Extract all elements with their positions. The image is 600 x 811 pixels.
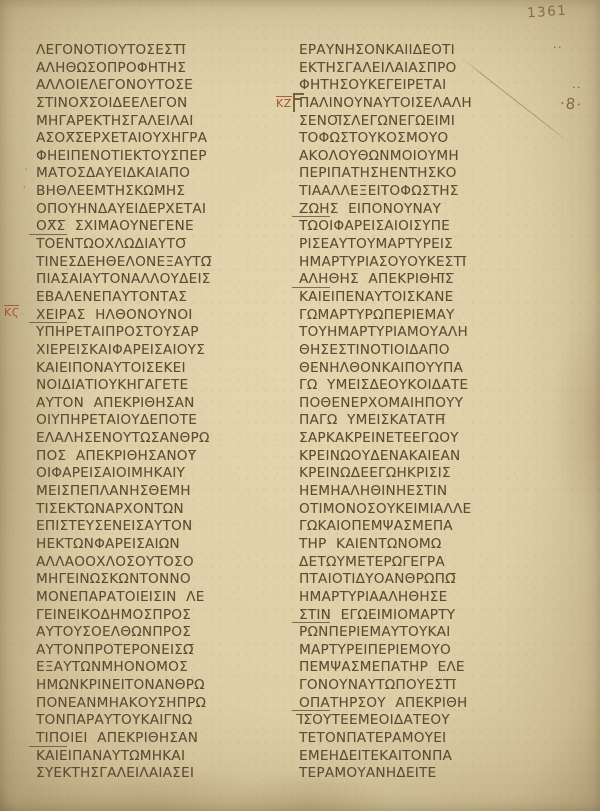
diple-icon: ᾽: [22, 188, 27, 197]
text-line: ΜΟΝΕΠΑΡΑΤΟΙΕΙΣΙΝ ΛΕ: [36, 589, 260, 607]
text-line: ΒΗΘΛΕΕΜΤΗΣΚΩΜΗΣ: [36, 183, 260, 201]
text-line: ΗΜΑΡΤΥΡΙΑΑΛΗΘΗΣΕ: [299, 589, 555, 607]
text-line: ΚΑΙΕΙΠΕΝΑΥΤΟΙΣΚΑΝΕ: [299, 289, 555, 307]
text-line: ΕΜΕΗΔΕΙΤΕΚΑΙΤΟΝΠΑ: [299, 748, 555, 766]
text-line: ΠΕΡΙΠΑΤΗΣΗΕΝΤΗΣΚΟ: [299, 165, 555, 183]
text-line: ΕΠΙΣΤΕΥΣΕΝΕΙΣΑΥΤΟΝ: [36, 518, 260, 536]
text-line: ΘΗΣΕΣΤΙΝΟΤΙΟΙΔΑΠΟ: [299, 342, 555, 360]
text-line: ΑΥΤΟΥΣΟΕΛΘΩΝΠΡΟΣ: [36, 624, 260, 642]
text-line: ΠΑΓΩ ΥΜΕΙΣΚΑΤΑΤΗ̅: [299, 412, 555, 430]
text-line: ΕΚΤΗΣΓΑΛΕΙΛΑΙΑΣΠΡΟ: [299, 60, 555, 78]
text-line: ΚΑΙΕΙΠΟΝΑΥΤΟΙΣΕΚΕΙ: [36, 360, 260, 378]
text-line: ΜΗΓΕΙΝΩΣΚΩΝΤΟΝΝΟ: [36, 571, 260, 589]
text-line: ΕΞΑΥΤΩΝΜΗΟΝΟΜΟΣ: [36, 659, 260, 677]
text-line: ΜΑΤΟΣΔΑΥΕΙΔΚΑΙΑΠΟ: [36, 165, 260, 183]
chapter-numeral-left: ΚϚ: [4, 305, 19, 318]
text-line: ΠΟΣ ΑΠΕΚΡΙΘΗΣΑΝΟΥ̅: [36, 448, 260, 466]
text-line: ΓΩ ΥΜΕΙΣΔΕΟΥΚΟΙΔΑΤΕ: [299, 377, 555, 395]
text-line: ΤΙΠΟΙΕΙ ΑΠΕΚΡΙΘΗΣΑΝ: [36, 730, 260, 748]
text-line: ΖΩΗΣ ΕΙΠΟΝΟΥΝΑΥ: [299, 201, 555, 219]
text-line: ΣΕΝΟΙ̅Σ̅ΛΕΓΩΝΕΓΩΕΙΜΙ: [299, 113, 555, 131]
text-line: ΣΤΙΝΟΧ̅Σ̅ΟΙΔΕΕΛΕΓΟΝ: [36, 95, 260, 113]
text-line: ΟΧ̅Σ̅ ΣΧΙΜΑΟΥΝΕΓΕΝΕ: [36, 218, 260, 236]
text-line: ΤΟΦΩΣΤΟΥΚΟΣΜΟΥΟ: [299, 130, 555, 148]
text-line: ΤΟΝΠΑΡΑΥΤΟΥΚΑΙΓΝΩ: [36, 712, 260, 730]
text-line: ΠΤΑΙΟΤΙΔΥΟΑΝΘΡΩΠΩ̅: [299, 571, 555, 589]
text-line: ΠΟΝΕΑΝΜΗΑΚΟΥΣΗΠΡΩ: [36, 695, 260, 713]
text-line: ΤΟΥΗΜΑΡΤΥΡΙΑΜΟΥΑΛΗ: [299, 324, 555, 342]
text-line: ΗΜΩΝΚΡΙΝΕΙΤΟΝΑΝΘΡΩ: [36, 677, 260, 695]
text-line: ΠΕΜΨΑΣΜΕΠΑΤΗΡ ΕΛΕ: [299, 659, 555, 677]
text-line: ΥΠΗΡΕΤΑΙΠΡΟΣΤΟΥΣΑΡ: [36, 324, 260, 342]
text-line: ΓΕΙΝΕΙΚΟΔΗΜΟΣΠΡΟΣ: [36, 607, 260, 625]
manuscript-page: 1361 ΛΕΓΟΝΟΤΙΟΥΤΟΣΕΣΤΙ̅ΑΛΗΘΩΣΟΠΡΟΦΗΤΗΣΑΛ…: [0, 0, 600, 811]
text-line: ΣΥΕΚΤΗΣΓΑΛΕΙΛΑΙΑΣΕΙ: [36, 765, 260, 783]
text-line: ΑΛΗΘΗΣ ΑΠΕΚΡΙΘΗΙ̅Σ̅: [299, 271, 555, 289]
text-line: ΑΥΤΟΝΠΡΟΤΕΡΟΝΕΙΣΩ̅: [36, 642, 260, 660]
text-line: ΜΗΓΑΡΕΚΤΗΣΓΑΛΕΙΛΑΙ: [36, 113, 260, 131]
right-text-column: ΕΡΑΥΝΗΣΟΝΚΑΙΙΔΕΟΤΙΕΚΤΗΣΓΑΛΕΙΛΑΙΑΣΠΡΟΦΗΤΗ…: [299, 42, 555, 783]
text-line: ΤΙΣΕΚΤΩΝΑΡΧΟΝΤΩΝ: [36, 501, 260, 519]
text-line: Ι̅Σ̅ΟΥΤΕΕΜΕΟΙΔΑΤΕΟΥ: [299, 712, 555, 730]
text-line: ΟΙΦΑΡΕΙΣΑΙΟΙΜΗΚΑΙΥ: [36, 465, 260, 483]
chapter-numeral-right: ΚΖ: [276, 96, 292, 109]
text-line: ΑΛΗΘΩΣΟΠΡΟΦΗΤΗΣ: [36, 60, 260, 78]
text-line: ΗΜΑΡΤΥΡΙΑΣΟΥΟΥΚΕΣΤΙ̅: [299, 254, 555, 272]
text-line: ΦΗΤΗΣΟΥΚΕΓΕΙΡΕΤΑΙ: [299, 77, 555, 95]
text-line: ΚΑΙΕΙΠΑΝΑΥΤΩΜΗΚΑΙ: [36, 748, 260, 766]
paragraph-bracket-icon: [293, 93, 304, 112]
text-line: ΡΙΣΕΑΥΤΟΥΜΑΡΤΥΡΕΙΣ: [299, 236, 555, 254]
text-line: ΑΛΛΑΟΟΧΛΟΣΟΥΤΟΣΟ: [36, 554, 260, 572]
left-text-column: ΛΕΓΟΝΟΤΙΟΥΤΟΣΕΣΤΙ̅ΑΛΗΘΩΣΟΠΡΟΦΗΤΗΣΑΛΛΟΙΕΛ…: [36, 42, 260, 783]
diple-icon: ᾽: [24, 170, 29, 179]
text-line: ΣΤΙΝ ΕΓΩΕΙΜΙΟΜΑΡΤΥ: [299, 607, 555, 625]
text-line: ΓΩΜΑΡΤΥΡΩΠΕΡΙΕΜΑΥ: [299, 307, 555, 325]
text-line: ΟΙΥΠΗΡΕΤΑΙΟΥΔΕΠΟΤΕ: [36, 412, 260, 430]
text-line: ΑΥΤΟΝ ΑΠΕΚΡΙΘΗΣΑΝ: [36, 395, 260, 413]
text-line: ΤΙΑΑΛΛΕΞΕΙΤΟΦΩΣΤΗΣ: [299, 183, 555, 201]
text-line: ΟΤΙΜΟΝΟΣΟΥΚΕΙΜΙΑΛΛΕ: [299, 501, 555, 519]
text-line: ΕΡΑΥΝΗΣΟΝΚΑΙΙΔΕΟΤΙ: [299, 42, 555, 60]
text-line: ΚΡΕΙΝΩΟΥΔΕΝΑΚΑΙΕΑΝ: [299, 448, 555, 466]
text-line: ΔΕΤΩΥΜΕΤΕΡΩΓΕΓΡΑ: [299, 554, 555, 572]
late-chapter-annotation: ·8·: [559, 94, 583, 114]
text-line: ΠΙΑΣΑΙΑΥΤΟΝΑΛΛΟΥΔΕΙΣ: [36, 271, 260, 289]
text-line: ΧΕΙΡΑΣ ΗΛΘΟΝΟΥΝΟΙ: [36, 307, 260, 325]
text-line: ΤΕΡΑΜΟΥΑΝΗΔΕΙΤΕ: [299, 765, 555, 783]
text-line: ΑΣΟΧ̅Σ̅ΕΡΧΕΤΑΙΟΥΧΗΓΡΑ: [36, 130, 260, 148]
text-line: ΓΟΝΟΥΝΑΥΤΩΠΟΥΕΣΤΙ̅: [299, 677, 555, 695]
text-line: ΕΒΑΛΕΝΕΠΑΥΤΟΝΤΑΣ: [36, 289, 260, 307]
text-line: ΟΠΑΤΗΡΣΟΥ ΑΠΕΚΡΙΘΗ: [299, 695, 555, 713]
text-line: ΓΩΚΑΙΟΠΕΜΨΑΣΜΕΠΑ: [299, 518, 555, 536]
text-line: ΝΟΙΔΙΑΤΙΟΥΚΗΓΑΓΕΤΕ: [36, 377, 260, 395]
text-line: ΤΩΟΙΦΑΡΕΙΣΑΙΟΙΣΥΠΕ: [299, 218, 555, 236]
distigme-icon: ··: [553, 44, 563, 52]
folio-number: 1361: [526, 3, 567, 22]
text-line: ΘΕΝΗΛΘΟΝΚΑΙΠΟΥΥΠΑ: [299, 360, 555, 378]
text-line: ΛΕΓΟΝΟΤΙΟΥΤΟΣΕΣΤΙ̅: [36, 42, 260, 60]
text-line: ΚΡΕΙΝΩΔΕΕΓΩΗΚΡΙΣΙΣ: [299, 465, 555, 483]
text-line: ΧΙΕΡΕΙΣΚΑΙΦΑΡΕΙΣΑΙΟΥΣ: [36, 342, 260, 360]
distigme-icon: ··: [572, 84, 582, 92]
text-line: ΑΚΟΛΟΥΘΩΝΜΟΙΟΥΜΗ: [299, 148, 555, 166]
text-line: ΤΙΝΕΣΔΕΗΘΕΛΟΝΕΞΑΥΤΩ̅: [36, 254, 260, 272]
text-line: ΤΗΡ ΚΑΙΕΝΤΩΝΟΜΩ: [299, 536, 555, 554]
text-line: ΜΕΙΣΠΕΠΛΑΝΗΣΘΕΜΗ: [36, 483, 260, 501]
text-line: ΤΕΤΟΝΠΑΤΕΡΑΜΟΥΕΙ: [299, 730, 555, 748]
text-line: ΠΑΛΙΝΟΥΝΑΥΤΟΙΣΕΛΑΛΗ: [299, 95, 555, 113]
text-line: ΕΛΑΛΗΣΕΝΟΥΤΩΣΑΝΘΡΩ: [36, 430, 260, 448]
text-line: ΤΟΕΝΤΩΟΧΛΩΔΙΑΥΤΟ̅: [36, 236, 260, 254]
text-line: ΗΕΜΗΑΛΗΘΙΝΗΕΣΤΙΝ: [299, 483, 555, 501]
text-line: ΜΑΡΤΥΡΕΙΠΕΡΙΕΜΟΥΟ: [299, 642, 555, 660]
text-line: ΣΑΡΚΑΚΡΕΙΝΕΤΕΕΓΩΟΥ: [299, 430, 555, 448]
text-line: ΑΛΛΟΙΕΛΕΓΟΝΟΥΤΟΣΕ: [36, 77, 260, 95]
text-line: ΟΠΟΥΗΝΔΑΥΕΙΔΕΡΧΕΤΑΙ: [36, 201, 260, 219]
text-line: ΗΕΚΤΩΝΦΑΡΕΙΣΑΙΩΝ: [36, 536, 260, 554]
text-line: ΦΗΕΙΠΕΝΟΤΙΕΚΤΟΥΣΠΕΡ: [36, 148, 260, 166]
text-line: ΡΩΝΠΕΡΙΕΜΑΥΤΟΥΚΑΙ: [299, 624, 555, 642]
text-line: ΠΟΘΕΝΕΡΧΟΜΑΙΗΠΟΥΥ: [299, 395, 555, 413]
